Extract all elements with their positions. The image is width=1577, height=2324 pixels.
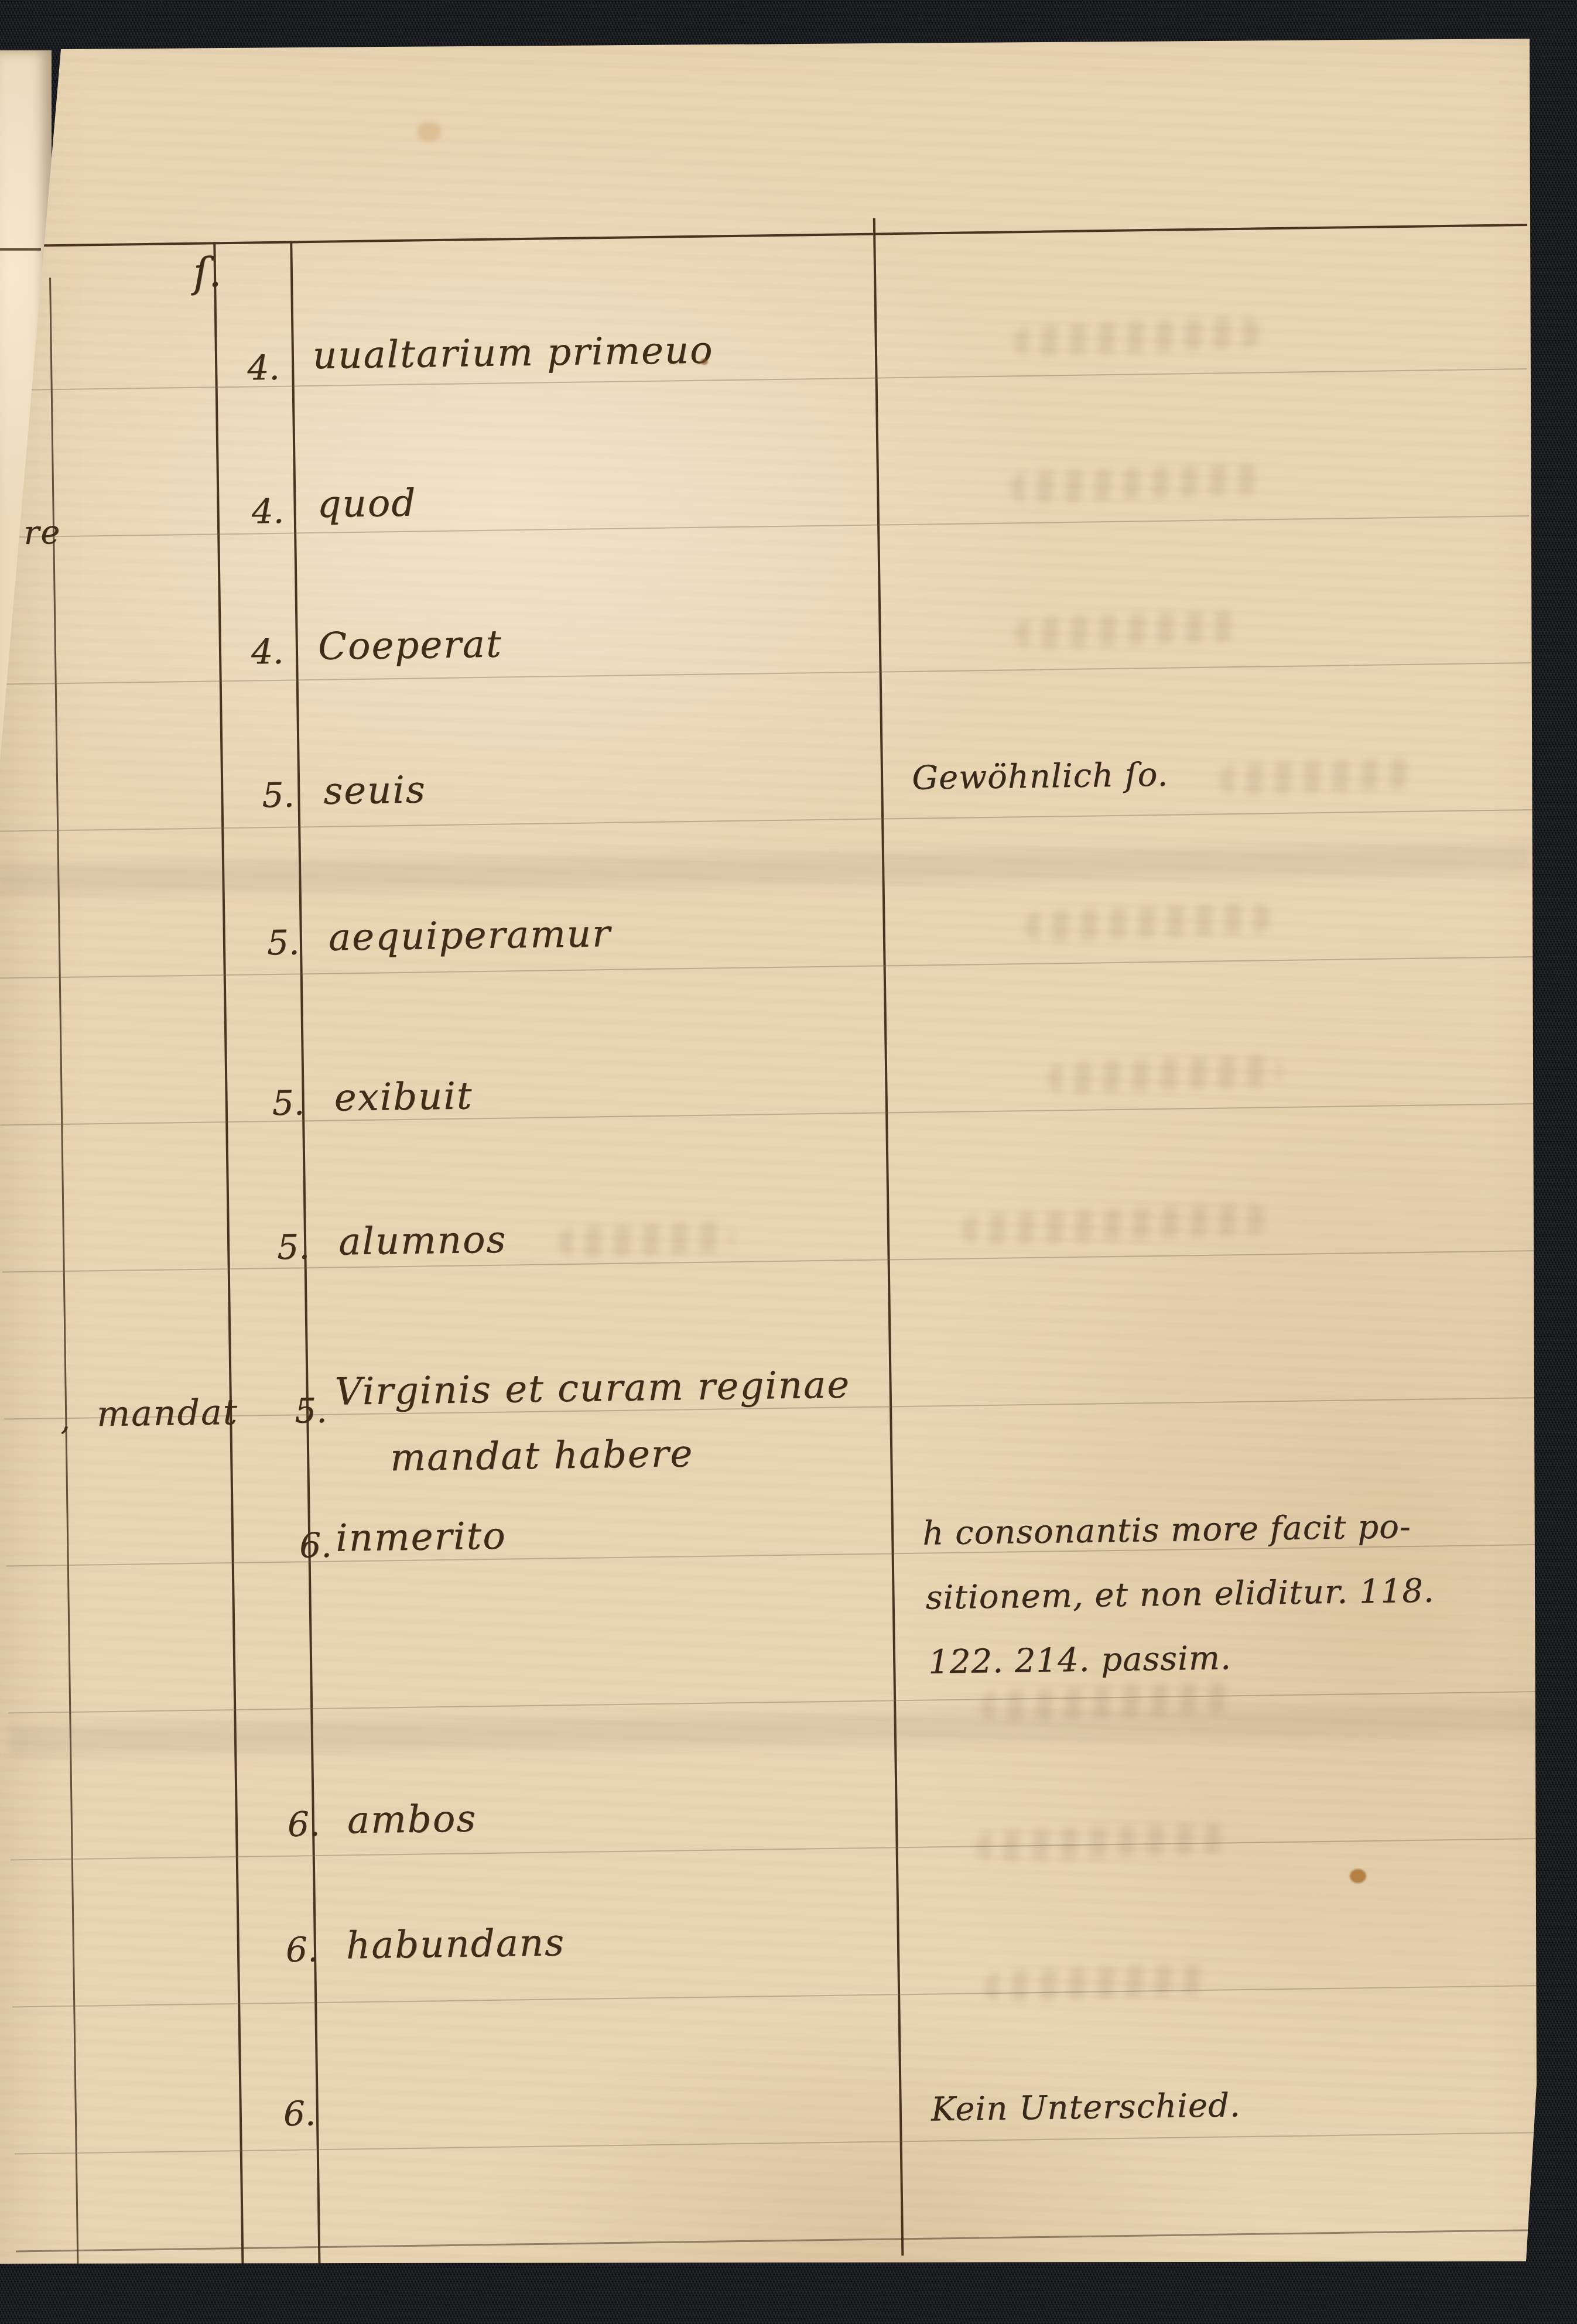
ruled-line: [0, 809, 1533, 832]
entry-number: 6.: [283, 2096, 316, 2131]
ruled-line: [0, 956, 1535, 979]
entry-number: 5.: [267, 925, 300, 960]
bleed-through-ghost: [1219, 757, 1413, 796]
paper-crease: [0, 843, 1531, 896]
foxing-stain: [1350, 1869, 1366, 1883]
ruled-line: [11, 1838, 1548, 1861]
scan-background-fabric: ſ. t re , 4. uualtarium primeuo 4. quod …: [0, 0, 1577, 2324]
entry-word: exibuit: [334, 1077, 473, 1117]
entry-word: uualtarium primeuo: [313, 331, 714, 375]
bleed-through-ghost: [1015, 610, 1239, 650]
bleed-through-ghost: [984, 1963, 1207, 2003]
ruled-line: [15, 2132, 1552, 2155]
ruled-line: [0, 1103, 1537, 1126]
entry-number: 4.: [251, 494, 284, 529]
entry-number: 6.: [288, 1807, 320, 1842]
entry-word: inmerito: [336, 1518, 507, 1558]
ruled-line: [6, 1544, 1544, 1567]
entry-number: 6.: [286, 1932, 319, 1967]
annotation-note-line: 122. 214. passim.: [928, 1642, 1232, 1679]
cutoff-edge-mark: ,: [60, 1405, 70, 1435]
ruled-line: [0, 662, 1531, 685]
bleed-through-ghost: [1010, 463, 1263, 504]
underlying-page-rule-line: [0, 248, 41, 251]
entry-word: habundans: [345, 1924, 565, 1964]
table-top-rule: [37, 224, 1527, 247]
entry-number: 5.: [262, 778, 295, 813]
bleed-through-ghost: [976, 1822, 1229, 1863]
entry-number: 5.: [277, 1230, 310, 1264]
annotation-note-line: h consonantis more facit po-: [922, 1511, 1411, 1551]
column-header-symbol: ſ.: [193, 252, 221, 293]
ink-speck: [700, 358, 708, 365]
annotation-note-line: sitionem, et non eliditur. 118.: [925, 1575, 1435, 1614]
ruled-line: [0, 368, 1527, 391]
entry-word: quod: [317, 485, 417, 523]
entry-word: alumnos: [338, 1221, 507, 1261]
page-bottom-edge-shadow: [16, 2229, 1545, 2252]
ruled-line: [12, 1985, 1549, 2008]
entry-number: 5.: [272, 1086, 305, 1120]
table-vline-margin-number: [213, 242, 244, 2265]
ruled-line: [0, 515, 1529, 538]
entry-number: 4.: [247, 351, 280, 385]
bleed-through-ghost: [1047, 1054, 1282, 1094]
entry-word: Coeperat: [317, 626, 502, 666]
manuscript-page: ſ. t re , 4. uualtarium primeuo 4. quod …: [0, 0, 1577, 2324]
entry-word: aequiperamur: [328, 915, 611, 957]
entry-number: 5.: [295, 1394, 327, 1428]
ruled-line: [2, 1250, 1540, 1273]
annotation-note: Kein Unterschied.: [931, 2089, 1241, 2126]
entry-word: Virginis et curam reginae: [334, 1366, 850, 1411]
entry-number: 4.: [251, 635, 284, 669]
foxing-stain: [417, 122, 442, 142]
entry-word: ambos: [347, 1800, 477, 1839]
bleed-through-ghost: [1014, 316, 1261, 357]
annotation-note: Gewöhnlich ſo.: [912, 759, 1169, 795]
entry-number: 6.: [299, 1528, 332, 1563]
bleed-through-ghost: [557, 1220, 734, 1258]
margin-keyword: mandat: [97, 1395, 238, 1432]
bleed-through-ghost: [1025, 902, 1272, 943]
entry-word-line2: mandat habere: [390, 1435, 694, 1477]
entry-word: seuis: [323, 771, 426, 810]
bleed-through-ghost: [962, 1203, 1267, 1246]
paper-crease: [9, 1703, 1543, 1757]
page-content: ſ. t re , 4. uualtarium primeuo 4. quod …: [0, 0, 1577, 2324]
